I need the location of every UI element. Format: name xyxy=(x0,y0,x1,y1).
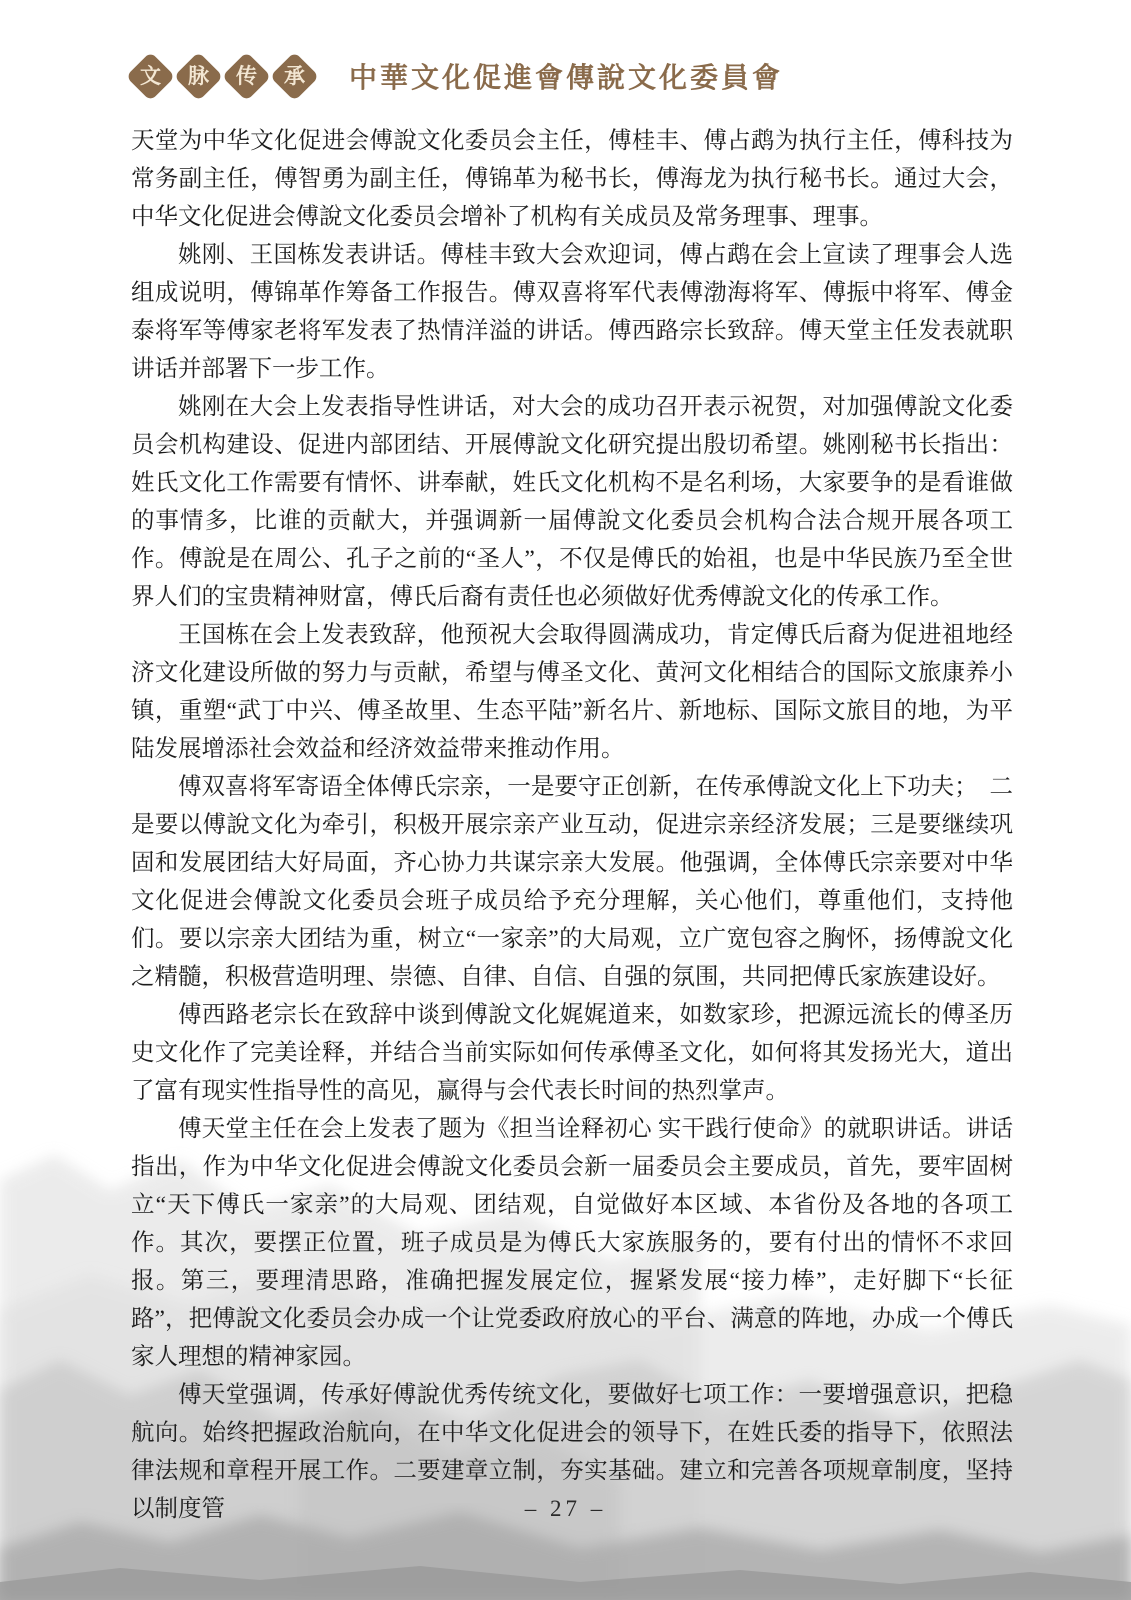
page-header: 文 脉 传 承 中華文化促進會傳說文化委員會 xyxy=(133,56,783,96)
body-paragraph: 姚刚、王国栋发表讲话。傅桂丰致大会欢迎词，傅占鹉在会上宣读了理事会人选组成说明，… xyxy=(131,236,1013,388)
document-body: 天堂为中华文化促进会傅說文化委员会主任，傅桂丰、傅占鹉为执行主任，傅科技为常务副… xyxy=(131,122,1013,1528)
logo-diamond: 文 xyxy=(126,51,175,100)
document-page: 文 脉 传 承 中華文化促進會傳說文化委員會 天堂为中华文化促进会傅說文化委员会… xyxy=(0,0,1131,1600)
logo-diamond: 脉 xyxy=(174,51,223,100)
org-name: 中華文化促進會傳說文化委員會 xyxy=(349,56,783,96)
body-paragraph: 傅天堂主任在会上发表了题为《担当诠释初心 实干践行使命》的就职讲话。讲话指出，作… xyxy=(131,1110,1013,1376)
logo-char: 脉 xyxy=(188,66,209,87)
logo-diamond: 承 xyxy=(270,51,319,100)
page-footer: – 27 – xyxy=(0,1496,1131,1522)
org-logo: 文 脉 传 承 xyxy=(133,59,325,94)
logo-diamond: 传 xyxy=(222,51,271,100)
body-paragraph: 天堂为中华文化促进会傅說文化委员会主任，傅桂丰、傅占鹉为执行主任，傅科技为常务副… xyxy=(131,122,1013,236)
body-paragraph: 王国栋在会上发表致辞，他预祝大会取得圆满成功，肯定傅氏后裔为促进祖地经济文化建设… xyxy=(131,616,1013,768)
logo-char: 文 xyxy=(140,66,161,87)
page-number: – 27 – xyxy=(525,1496,607,1521)
logo-char: 传 xyxy=(236,66,257,87)
body-paragraph: 傅西路老宗长在致辞中谈到傅說文化娓娓道来，如数家珍，把源远流长的傅圣历史文化作了… xyxy=(131,996,1013,1110)
body-paragraph: 傅双喜将军寄语全体傅氏宗亲，一是要守正创新，在传承傅說文化上下功夫； 二是要以傅… xyxy=(131,768,1013,996)
body-paragraph: 姚刚在大会上发表指导性讲话，对大会的成功召开表示祝贺，对加强傅說文化委员会机构建… xyxy=(131,388,1013,616)
logo-char: 承 xyxy=(284,66,305,87)
